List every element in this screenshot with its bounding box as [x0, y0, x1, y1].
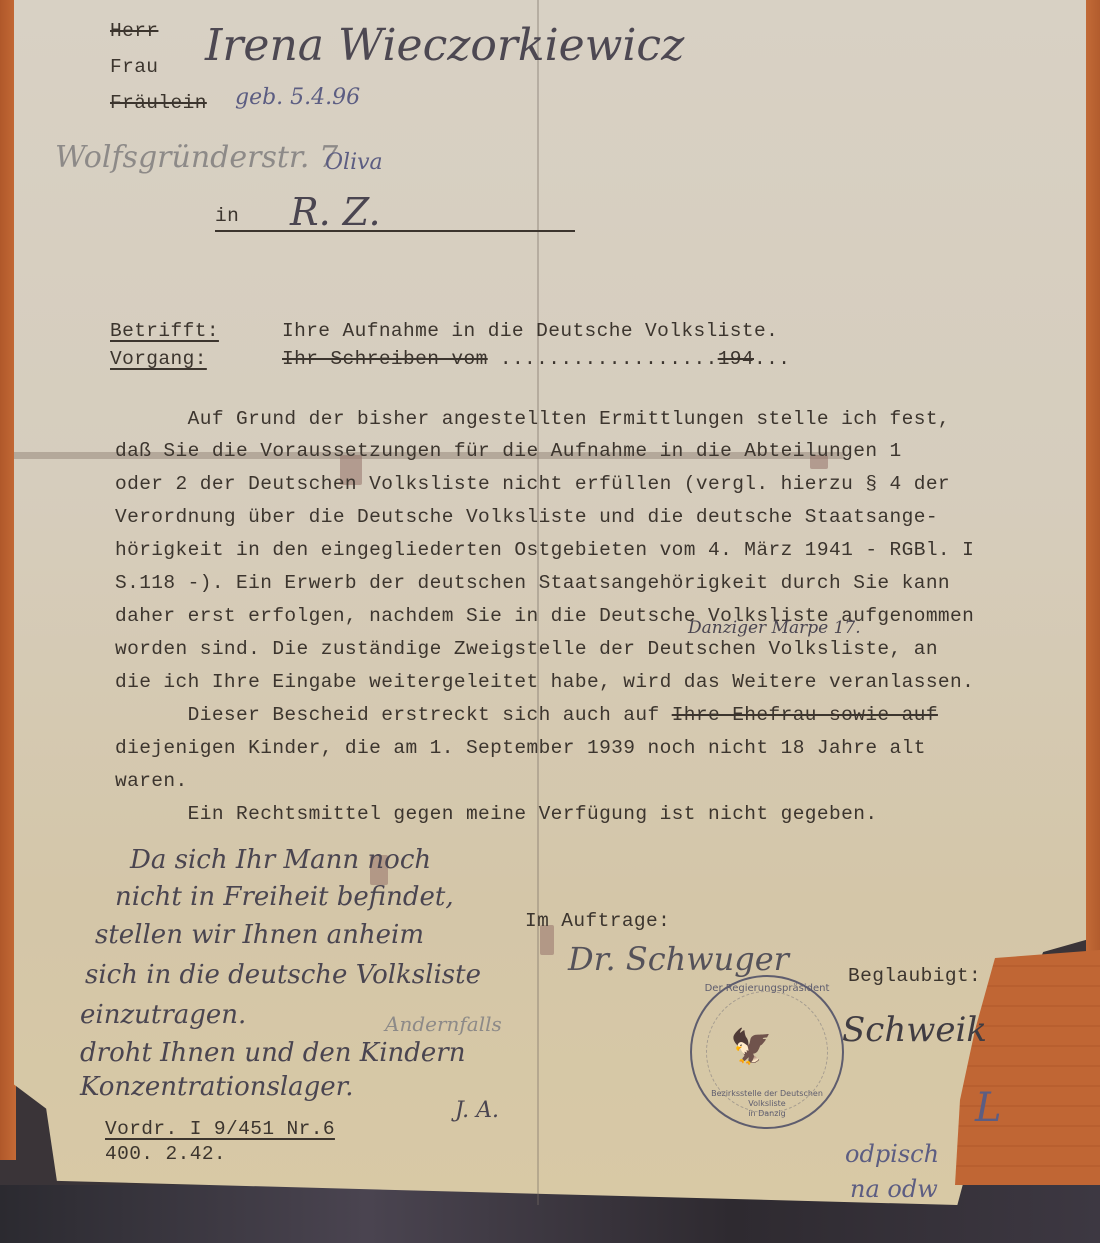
background-wood-left: [0, 0, 16, 1160]
blue-annotation-line-2: na odw: [850, 1175, 938, 1203]
betrifft-text: Ihre Aufnahme in die Deutsche Volksliste…: [282, 320, 778, 342]
body-line-8: worden sind. Die zuständige Zweigstelle …: [115, 638, 938, 660]
salutation-frau: Frau: [110, 56, 158, 78]
body-line-4: Verordnung über die Deutsche Volksliste …: [115, 506, 938, 528]
note-line-3: stellen wir Ihnen anheim: [95, 920, 424, 950]
note-aside: Andernfalls: [385, 1012, 502, 1036]
recipient-name: Irena Wieczorkiewicz: [205, 20, 684, 71]
street-address: Wolfsgründerstr. 7: [55, 140, 338, 175]
note-line-5: einzutragen.: [80, 1000, 246, 1030]
fold-line-vertical: [537, 0, 539, 1205]
note-line-4: sich in die deutsche Volksliste: [85, 960, 481, 990]
note-line-6: droht Ihnen und den Kindern: [80, 1038, 465, 1068]
salutation-herr: Herr: [110, 20, 158, 42]
betrifft-label: Betrifft:: [110, 320, 219, 342]
district: Oliva: [325, 150, 383, 175]
body-line-11: diejenigen Kinder, die am 1. September 1…: [115, 737, 926, 759]
salutation-fraulein: Fräulein: [110, 92, 207, 114]
body-line-3: oder 2 der Deutschen Volksliste nicht er…: [115, 473, 950, 495]
stamp-outer-text: Der Regierungspräsident: [702, 983, 832, 994]
blue-mark: L: [975, 1085, 1002, 1131]
form-print: 400. 2.42.: [105, 1143, 226, 1165]
body-line-6: S.118 -). Ein Erwerb der deutschen Staat…: [115, 572, 950, 594]
note-line-2: nicht in Freiheit befindet,: [115, 882, 454, 912]
note-initials: J. A.: [455, 1098, 499, 1123]
birth-date: geb. 5.4.96: [235, 85, 360, 110]
vorgang-text: Ihr Schreiben vom ..................194.…: [282, 348, 790, 370]
body-line-12: waren.: [115, 770, 188, 792]
body-line-9: die ich Ihre Eingabe weitergeleitet habe…: [115, 671, 974, 693]
body-line-13: Ein Rechtsmittel gegen meine Verfügung i…: [115, 803, 877, 825]
form-code: Vordr. I 9/451 Nr.6: [105, 1118, 335, 1140]
vorgang-label: Vorgang:: [110, 348, 207, 370]
official-stamp: Der Regierungspräsident 🦅 Bezirksstelle …: [690, 975, 844, 1129]
note-line-7: Konzentrationslager.: [80, 1072, 354, 1102]
certifier-signature: Schweik: [842, 1010, 987, 1050]
city: R. Z.: [290, 190, 381, 234]
blue-annotation-line-1: odpisch: [845, 1140, 939, 1168]
stamp-inner-text: Bezirksstelle der Deutschen Volksliste i…: [702, 1089, 832, 1119]
eagle-emblem-icon: 🦅: [730, 1027, 772, 1069]
in-label: in: [215, 205, 239, 227]
note-line-1: Da sich Ihr Mann noch: [130, 845, 431, 875]
signer-signature: Dr. Schwuger: [568, 940, 789, 978]
body-line-2: daß Sie die Voraussetzungen für die Aufn…: [115, 440, 902, 462]
im-auftrage-label: Im Auftrage:: [525, 910, 670, 932]
handwritten-insert: Danziger Marpe 17.: [688, 618, 861, 638]
address-underline: [215, 230, 575, 232]
body-line-5: hörigkeit in den eingegliederten Ostgebi…: [115, 539, 974, 561]
body-line-1: Auf Grund der bisher angestellten Ermitt…: [115, 408, 950, 430]
body-line-10: Dieser Bescheid erstreckt sich auch auf …: [115, 704, 938, 726]
beglaubigt-label: Beglaubigt:: [848, 965, 981, 987]
